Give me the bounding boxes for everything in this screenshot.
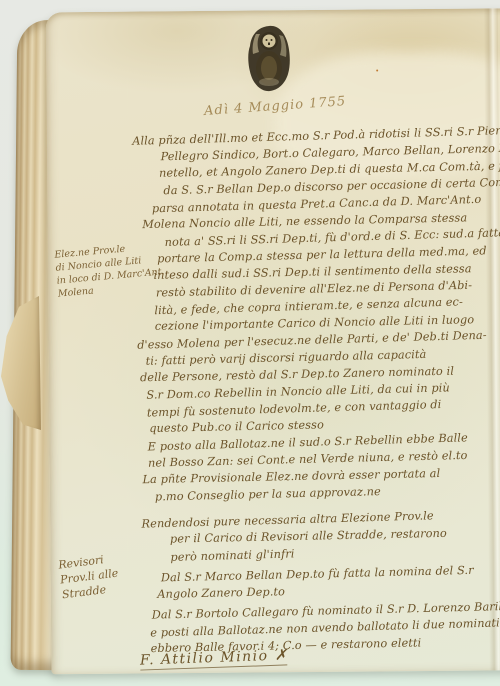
- margin-note-elezione: Elez.ne Prov.ledi Noncio alle Litiin loc…: [54, 239, 166, 300]
- manuscript-photo: Adì 4 Maggio 1755 Alla pñza dell'Ill.mo …: [0, 0, 500, 686]
- saint-effigy-stamp-icon: [243, 24, 295, 94]
- foxing-spots: [376, 69, 378, 71]
- margin-note-revisori: RevisoriProv.li alleStradde: [57, 551, 120, 603]
- signature-name: F. Attilio Minio: [140, 648, 269, 668]
- manuscript-body: Alla pñza dell'Ill.mo et Ecc.mo S.r Pod.…: [132, 123, 500, 658]
- protruding-page-flap: [1, 296, 41, 430]
- signature-flourish: ✗: [274, 645, 287, 663]
